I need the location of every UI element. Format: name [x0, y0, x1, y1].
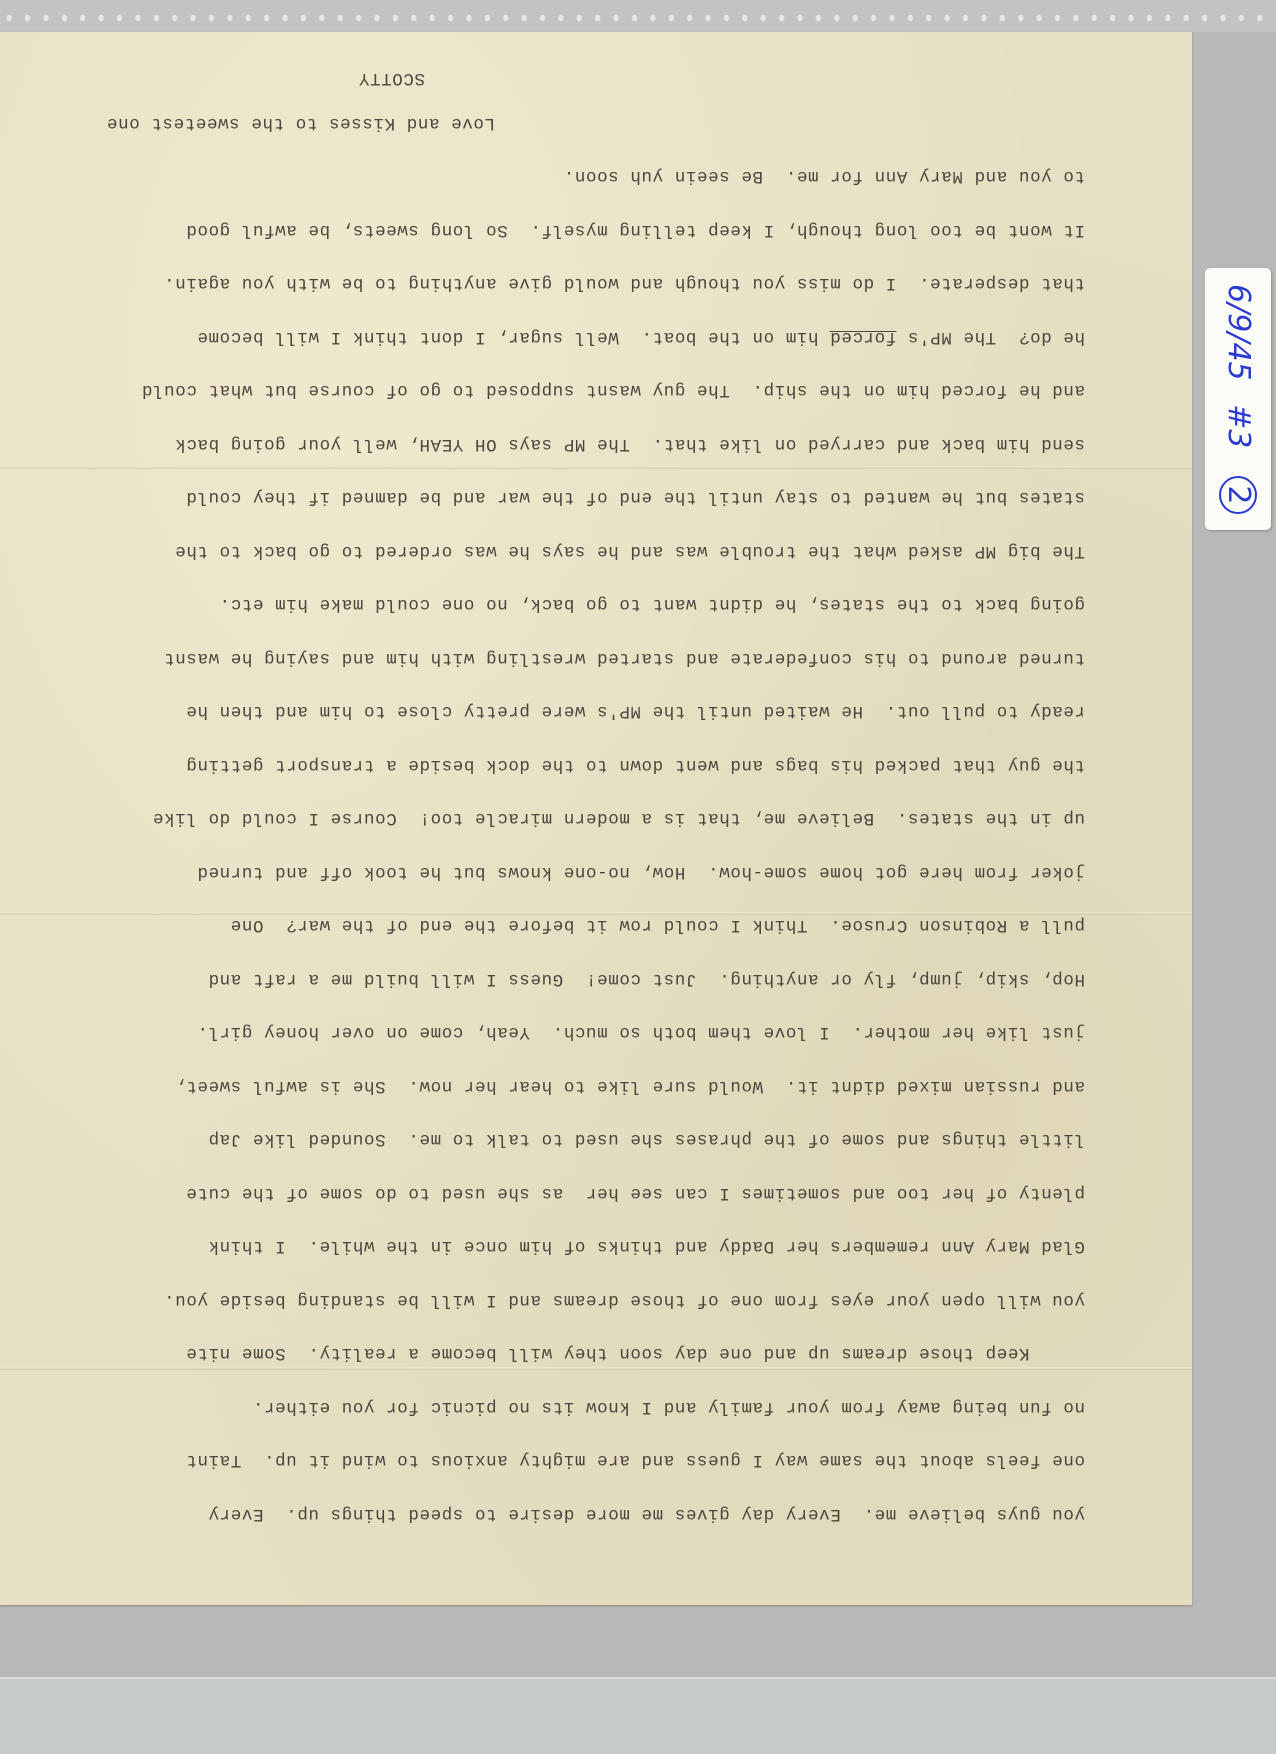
- letter-line: states but he wanted to stay until the e…: [186, 487, 1085, 509]
- sticky-date: 6/9/45: [1221, 284, 1256, 381]
- letter-line: no fun being away from your family and I…: [252, 1396, 1085, 1418]
- letter-line: you will open your eyes from one of thos…: [164, 1289, 1085, 1311]
- letter-line: up in the states. Believe me, that is a …: [152, 808, 1085, 830]
- letter-line: to you and Mary Ann for me. Be seein yuh…: [563, 166, 1085, 188]
- letter-line: Glad Mary Ann remembers her Daddy and th…: [208, 1236, 1085, 1258]
- letter-line: Keep those dreams up and one day soon th…: [186, 1343, 1085, 1365]
- scanner-sleeve-bottom: [0, 1677, 1276, 1754]
- letter-line: It wont be too long though, I keep telli…: [186, 219, 1085, 241]
- letter-line: send him back and carryed on like that. …: [175, 433, 1085, 455]
- letter-line: pull a Robinson Crusoe. Think I could ro…: [230, 915, 1085, 937]
- letter-line: joker from here got home some-how. How, …: [197, 861, 1085, 883]
- underlined-word: forced: [830, 327, 897, 347]
- sticky-page-circled: 2: [1219, 476, 1257, 514]
- letter-line: turned around to his confederate and sta…: [164, 647, 1085, 669]
- letter-line: and russian mixed didnt it. Would sure l…: [175, 1075, 1085, 1097]
- sleeve-perforations: [0, 12, 1276, 24]
- sticky-number: #3: [1221, 404, 1256, 448]
- letter-line: plenty of her too and sometimes I can se…: [186, 1182, 1085, 1204]
- letter-line: ready to pull out. He waited until the M…: [186, 701, 1085, 723]
- letter-line: just like her mother. I love them both s…: [197, 1022, 1085, 1044]
- handwritten-annotation: 6/9/45 #3 2: [1219, 284, 1257, 514]
- typed-letter-body: you guys believe me. Every day gives me …: [45, 95, 1085, 1535]
- letter-line: one feels about the same way I guess and…: [186, 1450, 1085, 1472]
- letter-line: that desperate. I do miss you though and…: [164, 273, 1085, 295]
- letter-line: and he forced him on the ship. The guy w…: [141, 380, 1085, 402]
- letter-line: you guys believe me. Every day gives me …: [208, 1503, 1085, 1525]
- letter-line: the guy that packed his bags and went do…: [186, 754, 1085, 776]
- letter-line: Hop, skip, jump, fly or anything. Just c…: [208, 968, 1085, 990]
- letter-line: The big MP asked what the trouble was an…: [175, 540, 1085, 562]
- letter-line: going back to the states, he didnt want …: [219, 594, 1085, 616]
- letter-line: he do? The MP's forced him on the boat. …: [197, 326, 1085, 348]
- scanner-sleeve-top: [0, 0, 1276, 32]
- letter-line: little things and some of the phrases sh…: [208, 1129, 1085, 1151]
- letter-signature: SCOTTY: [358, 67, 425, 89]
- sticky-note-label: 6/9/45 #3 2: [1205, 268, 1271, 530]
- letter-closing: Love and Kisses to the sweetest one: [106, 112, 495, 134]
